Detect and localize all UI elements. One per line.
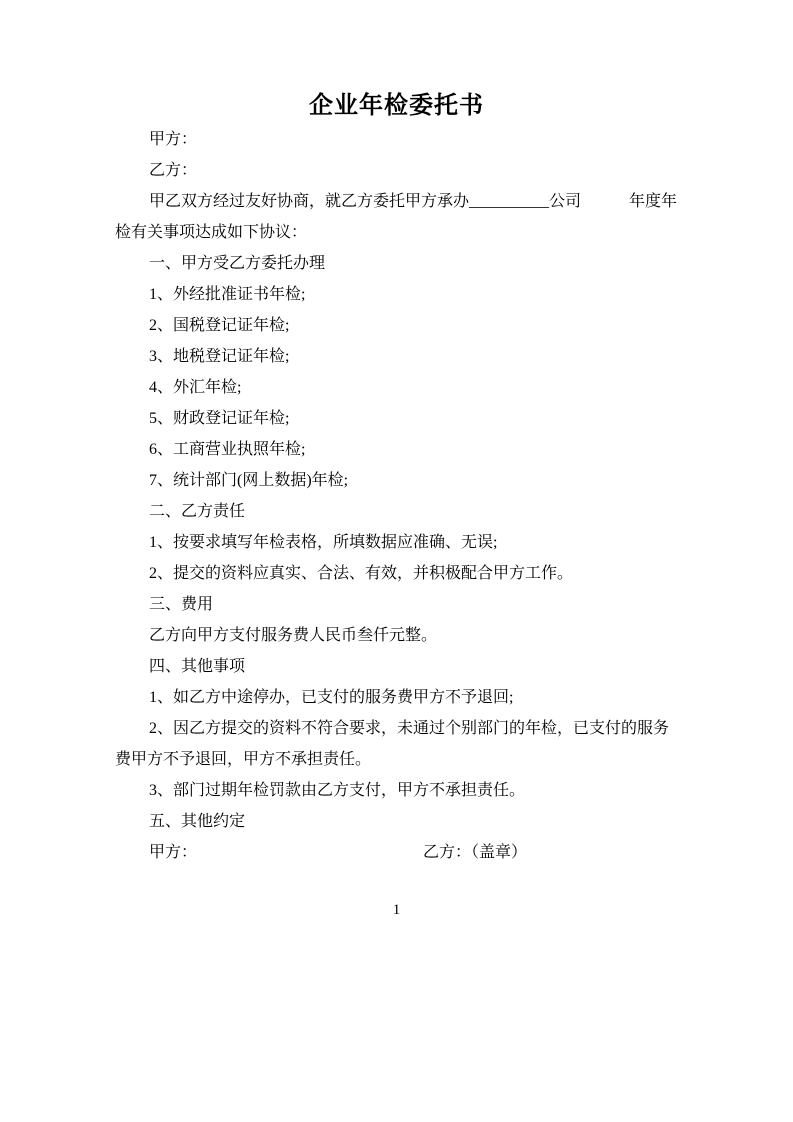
section-1-item-4: 4、外汇年检; <box>115 372 678 403</box>
intro-text-before-blank: 甲乙双方经过友好协商，就乙方委托甲方承办 <box>149 193 469 210</box>
page-number: 1 <box>115 895 678 926</box>
section-4-item-1: 1、如乙方中途停办，已支付的服务费甲方不予退回; <box>115 682 678 713</box>
intro-line-1: 甲乙双方经过友好协商，就乙方委托甲方承办__________公司 年度年 <box>115 186 678 217</box>
section-1-item-3: 3、地税登记证年检; <box>115 341 678 372</box>
party-a-label: 甲方： <box>115 124 678 155</box>
section-1-item-6: 6、工商营业执照年检; <box>115 434 678 465</box>
section-3-heading: 三、费用 <box>115 589 678 620</box>
section-4-item-2: 2、因乙方提交的资料不符合要求，未通过个别部门的年检，已支付的服务费甲方不予退回… <box>115 713 678 775</box>
section-3-item-1: 乙方向甲方支付服务费人民币叁仟元整。 <box>115 620 678 651</box>
section-4-item-3: 3、部门过期年检罚款由乙方支付，甲方不承担责任。 <box>115 775 678 806</box>
section-2-heading: 二、乙方责任 <box>115 496 678 527</box>
section-1-item-7: 7、统计部门(网上数据)年检; <box>115 465 678 496</box>
document-page: 企业年检委托书 甲方： 乙方： 甲乙双方经过友好协商，就乙方委托甲方承办____… <box>0 0 793 1122</box>
fill-in-blank-line: __________ <box>469 193 549 210</box>
section-1-heading: 一、甲方受乙方委托办理 <box>115 248 678 279</box>
signature-line: 甲方：乙方：（盖章） <box>115 837 678 868</box>
party-b-label: 乙方： <box>115 155 678 186</box>
section-1-item-2: 2、国税登记证年检; <box>115 310 678 341</box>
document-title: 企业年检委托书 <box>115 88 678 124</box>
section-5-heading: 五、其他约定 <box>115 806 678 837</box>
section-1-item-5: 5、财政登记证年检; <box>115 403 678 434</box>
section-1-item-1: 1、外经批准证书年检; <box>115 279 678 310</box>
section-2-item-1: 1、按要求填写年检表格，所填数据应准确、无误; <box>115 527 678 558</box>
section-4-heading: 四、其他事项 <box>115 651 678 682</box>
footer-party-b-label: 乙方：（盖章） <box>389 837 527 868</box>
footer-party-a-label: 甲方： <box>149 844 197 861</box>
intro-line-2: 检有关事项达成如下协议： <box>115 217 678 248</box>
section-2-item-2: 2、提交的资料应真实、合法、有效，并积极配合甲方工作。 <box>115 558 678 589</box>
intro-text-after-blank: 公司 年度年 <box>549 193 677 210</box>
